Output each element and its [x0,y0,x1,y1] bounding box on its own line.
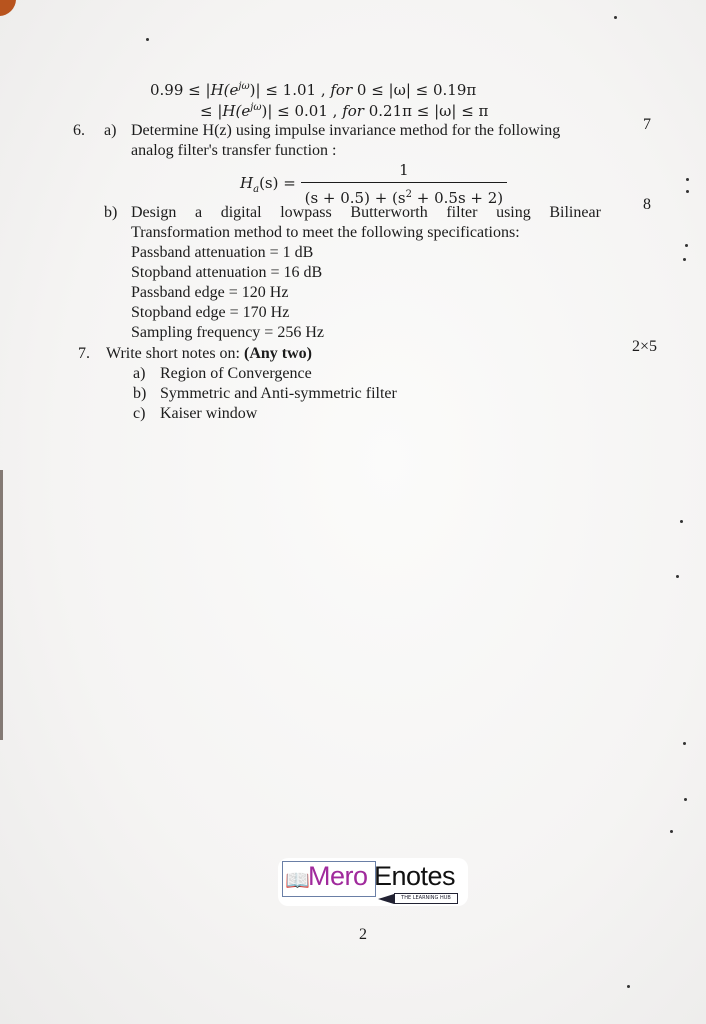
speck [676,575,679,578]
page-edge-shadow [0,470,3,740]
speck [614,16,617,19]
page-number: 2 [359,926,367,944]
question-text: Design a digital lowpass Butterworth fil… [131,204,601,222]
page-corner-shadow [0,0,16,16]
sub-item-label: b) [133,385,146,403]
reading-book-icon: 📖 [285,868,310,892]
speck [683,742,686,745]
marks: 7 [643,116,651,134]
spec-item: Passband edge = 120 Hz [131,284,288,302]
sub-item-label: a) [133,365,145,383]
sub-item-label: c) [133,405,145,423]
part-label: b) [104,204,117,222]
fraction: 1 (s + 0.5) + (s2 + 0.5s + 2) [301,160,508,208]
speck [680,520,683,523]
speck [627,985,630,988]
speck [146,38,149,41]
question-text: Write short notes on: (Any two) [106,345,312,363]
stopband-spec-line: ≤ |H(ejω)| ≤ 0.01 , for 0.21π ≤ |ω| ≤ π [200,99,488,120]
exam-page: 0.99 ≤ |H(ejω)| ≤ 1.01 , for 0 ≤ |ω| ≤ 0… [0,0,706,1024]
brand-name-part2: Enotes [374,861,455,892]
speck [683,258,686,261]
marks: 8 [643,196,651,214]
question-text: Transformation method to meet the follow… [131,224,520,242]
sub-item-text: Kaiser window [160,405,257,423]
spec-item: Sampling frequency = 256 Hz [131,324,324,342]
brand-tagline: THE LEARNING HUB [394,893,458,904]
question-number: 6. [73,122,85,140]
spec-item: Passband attenuation = 1 dB [131,244,313,262]
spec-item: Stopband attenuation = 16 dB [131,264,322,282]
brand-name-part1: Mero [308,861,368,892]
transfer-function-equation: Ha(s) = 1 (s + 0.5) + (s2 + 0.5s + 2) [240,160,507,208]
speck [686,190,689,193]
speck [685,244,688,247]
speck [670,830,673,833]
question-text: analog filter's transfer function : [131,142,336,160]
pencil-tip-icon [378,894,394,904]
meroenotes-watermark: 📖 Mero Enotes THE LEARNING HUB [278,858,468,906]
passband-spec-line: 0.99 ≤ |H(ejω)| ≤ 1.01 , for 0 ≤ |ω| ≤ 0… [150,78,476,99]
speck [684,798,687,801]
part-label: a) [104,122,116,140]
spec-item: Stopband edge = 170 Hz [131,304,289,322]
sub-item-text: Region of Convergence [160,365,312,383]
speck [686,178,689,181]
marks: 2×5 [632,338,657,356]
question-text: Determine H(z) using impulse invariance … [131,122,560,140]
question-number: 7. [78,345,90,363]
sub-item-text: Symmetric and Anti-symmetric filter [160,385,397,403]
